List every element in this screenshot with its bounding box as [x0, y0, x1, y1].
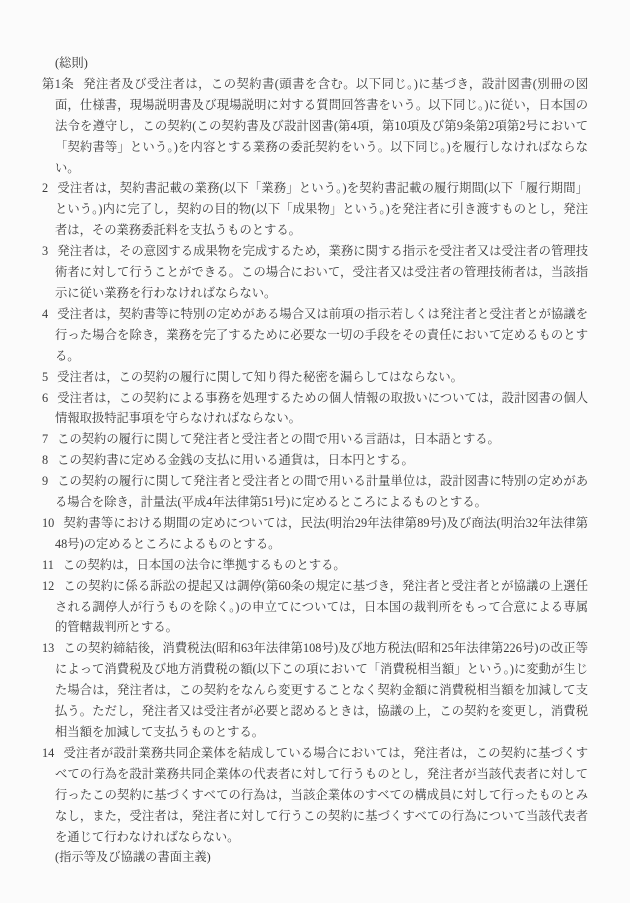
- article-1-paragraph-1: 第1条発注者及び受注者は，この契約書(頭書を含む。以下同じ。)に基づき，設計図書…: [42, 74, 588, 179]
- paragraph-number: 12: [42, 579, 54, 593]
- article-1-paragraph-2: 2受注者は，契約書記載の業務(以下「業務」という。)を契約書記載の履行期間(以下…: [42, 178, 588, 241]
- article-1-paragraph-4: 4受注者は，契約書等に特別の定めがある場合又は前項の指示若しくは発注者と受注者と…: [42, 304, 588, 367]
- article-1-paragraph-8: 8この契約書に定める金銭の支払に用いる通貨は，日本円とする。: [42, 450, 588, 471]
- paragraph-number: 13: [42, 641, 54, 655]
- article-caption-next: (指示等及び協議の書面主義): [42, 847, 588, 868]
- article-1-paragraph-7: 7この契約の履行に関して発注者と受注者との間で用いる言語は，日本語とする。: [42, 429, 588, 450]
- contract-document-page: (総則) 第1条発注者及び受注者は，この契約書(頭書を含む。以下同じ。)に基づき…: [0, 0, 630, 903]
- paragraph-text: この契約の履行に関して発注者と受注者との間で用いる言語は，日本語とする。: [57, 432, 500, 446]
- article-1-paragraph-13: 13この契約締結後，消費税法(昭和63年法律第108号)及び地方税法(昭和25年…: [42, 638, 588, 743]
- paragraph-text: 受注者は，契約書等に特別の定めがある場合又は前項の指示若しくは発注者と受注者とが…: [55, 307, 588, 363]
- paragraph-number: 10: [42, 516, 54, 530]
- article-1-paragraph-9: 9この契約の履行に関して発注者と受注者との間で用いる計量単位は，設計図書に特別の…: [42, 471, 588, 513]
- paragraph-number: 3: [42, 244, 48, 258]
- paragraph-text: この契約の履行に関して発注者と受注者との間で用いる計量単位は，設計図書に特別の定…: [55, 474, 588, 509]
- article-1-paragraph-14: 14受注者が設計業務共同企業体を結成している場合においては，発注者は，この契約に…: [42, 743, 588, 848]
- article-1-paragraph-10: 10契約書等における期間の定めについては，民法(明治29年法律第89号)及び商法…: [42, 513, 588, 555]
- paragraph-number: 7: [42, 432, 48, 446]
- article-1-paragraph-3: 3発注者は，その意図する成果物を完成するため，業務に関する指示を受注者又は受注者…: [42, 241, 588, 304]
- paragraph-text: 受注者は，この契約による事務を処理するための個人情報の取扱いについては，設計図書…: [55, 391, 588, 426]
- paragraph-number: 11: [42, 558, 54, 572]
- paragraph-number: 2: [42, 181, 48, 195]
- paragraph-text: 発注者は，その意図する成果物を完成するため，業務に関する指示を受注者又は受注者の…: [55, 244, 588, 300]
- paragraph-text: 受注者は，この契約の履行に関して知り得た秘密を漏らしてはならない。: [57, 370, 463, 384]
- paragraph-text: 受注者は，契約書記載の業務(以下「業務」という。)を契約書記載の履行期間(以下「…: [55, 181, 588, 237]
- paragraph-text: 発注者及び受注者は，この契約書(頭書を含む。以下同じ。)に基づき，設計図書(別冊…: [55, 77, 588, 175]
- paragraph-number: 4: [42, 307, 48, 321]
- article-1-paragraph-6: 6受注者は，この契約による事務を処理するための個人情報の取扱いについては，設計図…: [42, 388, 588, 430]
- paragraph-text: この契約書に定める金銭の支払に用いる通貨は，日本円とする。: [57, 453, 414, 467]
- article-1-paragraph-12: 12この契約に係る訴訟の提起又は調停(第60条の規定に基づき，発注者と受注者とが…: [42, 576, 588, 639]
- paragraph-number: 第1条: [42, 77, 74, 91]
- paragraph-number: 8: [42, 453, 48, 467]
- paragraph-text: この契約は，日本国の法令に準拠するものとする。: [63, 558, 346, 572]
- article-caption-general: (総則): [42, 53, 588, 74]
- paragraph-number: 14: [42, 746, 54, 760]
- paragraph-number: 6: [42, 391, 48, 405]
- article-1-paragraph-5: 5受注者は，この契約の履行に関して知り得た秘密を漏らしてはならない。: [42, 367, 588, 388]
- paragraph-text: この契約に係る訴訟の提起又は調停(第60条の規定に基づき，発注者と受注者とが協議…: [55, 579, 588, 635]
- paragraph-text: 受注者が設計業務共同企業体を結成している場合においては，発注者は，この契約に基づ…: [55, 746, 588, 844]
- paragraph-number: 9: [42, 474, 48, 488]
- paragraph-text: 契約書等における期間の定めについては，民法(明治29年法律第89号)及び商法(明…: [55, 516, 588, 551]
- paragraph-number: 5: [42, 370, 48, 384]
- paragraph-text: この契約締結後，消費税法(昭和63年法律第108号)及び地方税法(昭和25年法律…: [55, 641, 588, 739]
- article-1-paragraph-11: 11この契約は，日本国の法令に準拠するものとする。: [42, 555, 588, 576]
